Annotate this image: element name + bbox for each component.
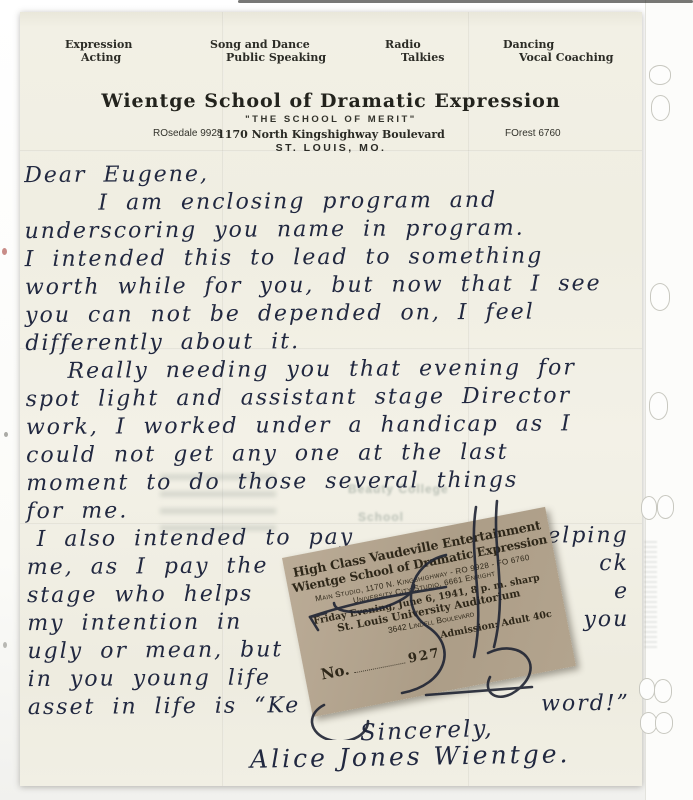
line-fragment-right: word!”	[541, 690, 630, 719]
punch-hole	[641, 496, 657, 520]
punch-hole	[639, 678, 655, 700]
handwritten-line: work, I worked under a handicap as I	[26, 410, 632, 442]
line-fragment-left: ugly or mean, but	[27, 636, 283, 666]
handwritten-line: Really needing you that evening for	[25, 354, 631, 386]
line-fragment-right: ck	[599, 550, 629, 578]
line-fragment-left: me, as I pay the	[27, 552, 269, 582]
scan-speck	[2, 248, 7, 255]
handwritten-line: I intended this to lead to something	[25, 242, 631, 274]
service-label: Vocal Coaching	[503, 51, 613, 64]
punch-hole	[651, 95, 670, 121]
punch-hole	[649, 392, 668, 420]
service-label: Talkies	[385, 51, 444, 64]
line-fragment-right: e	[614, 578, 629, 606]
handwritten-line: you can not be depended on, I feel	[25, 298, 631, 330]
school-name: Wientge School of Dramatic Expression	[20, 90, 642, 112]
line-fragment-left: in you young life	[28, 664, 272, 694]
service-column: Radio Talkies	[385, 38, 444, 64]
punch-hole	[654, 679, 672, 703]
handwritten-line: underscoring you name in program.	[24, 214, 630, 246]
scan-speck	[4, 432, 8, 437]
handwritten-line: moment to do those several things	[26, 466, 632, 498]
service-label: Acting	[65, 51, 132, 64]
service-label: Expression	[65, 38, 132, 51]
service-label: Song and Dance	[210, 38, 326, 51]
punch-hole	[655, 712, 673, 734]
contact-row: ROsedale 9928 1170 North Kingshighway Bo…	[20, 128, 642, 142]
line-fragment-left: my intention in	[27, 609, 242, 639]
scanner-edge-shadow	[238, 0, 693, 3]
ticket-number: 927	[407, 646, 442, 667]
line-fragment-right: you	[583, 606, 629, 634]
handwritten-line: spot light and assistant stage Director	[26, 382, 632, 414]
school-motto: "THE SCHOOL OF MERIT"	[20, 114, 642, 125]
binder-edge-strip	[645, 0, 693, 800]
punch-hole	[649, 65, 671, 85]
service-column: Expression Acting	[65, 38, 132, 64]
ticket-number-label: No.	[319, 660, 351, 683]
service-label: Public Speaking	[210, 51, 326, 64]
handwritten-line: worth while for you, but now that I see	[25, 270, 631, 302]
service-label: Dancing	[503, 38, 613, 51]
line-fragment-left: I also intended to pay	[37, 524, 355, 554]
handwritten-line: could not get any one at the last	[26, 438, 632, 470]
handwritten-line: differently about it.	[25, 326, 631, 358]
line-fragment-left: asset in life is “Ke	[28, 692, 301, 722]
service-label: Radio	[385, 38, 444, 51]
protector-watermark	[644, 540, 657, 648]
city-line: ST. LOUIS, MO.	[20, 142, 642, 154]
scan-speck	[3, 642, 7, 648]
ticket-number-leader	[354, 662, 405, 673]
service-column: Song and Dance Public Speaking	[210, 38, 326, 64]
service-column: Dancing Vocal Coaching	[503, 38, 613, 64]
line-fragment-left: stage who helps	[27, 581, 253, 611]
punch-hole	[657, 495, 674, 519]
handwritten-line: I am enclosing program and	[24, 186, 630, 218]
signature: Alice Jones Wientge.	[250, 739, 571, 774]
punch-hole	[650, 283, 670, 311]
handwritten-line: Dear Eugene,	[24, 158, 630, 190]
phone-right: FOrest 6760	[505, 128, 561, 139]
